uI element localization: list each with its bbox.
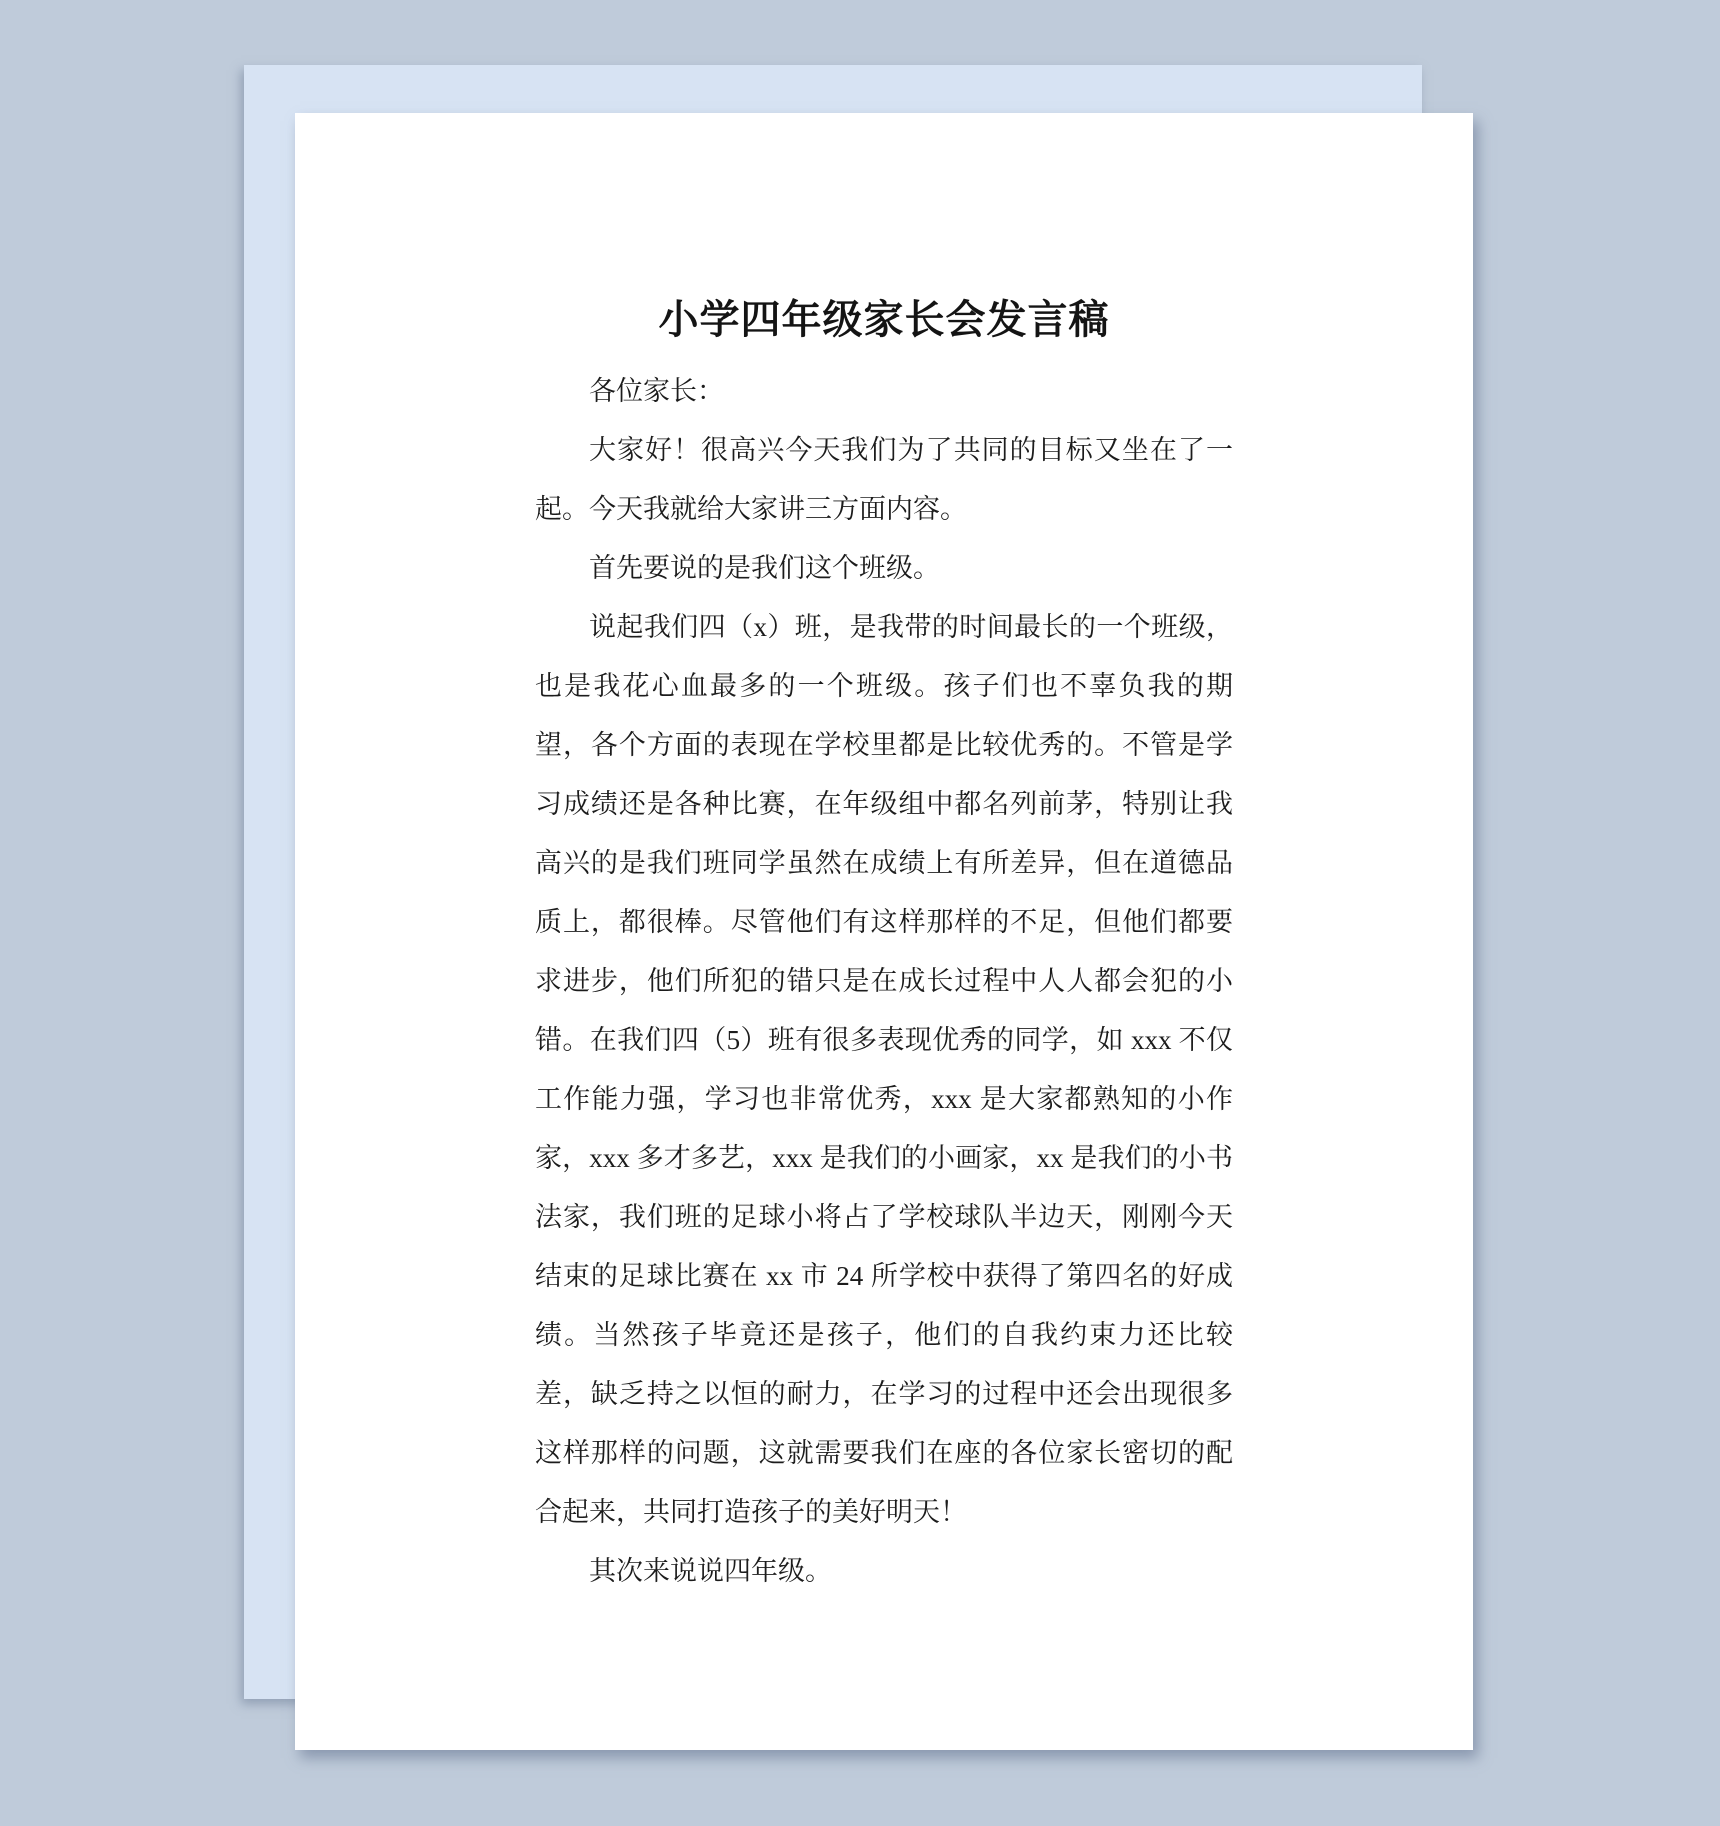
- paragraph-greeting: 大家好！很高兴今天我们为了共同的目标又坐在了一起。今天我就给大家讲三方面内容。: [535, 421, 1233, 539]
- paragraph-class-details: 说起我们四（x）班，是我带的时间最长的一个班级，也是我花心血最多的一个班级。孩子…: [535, 598, 1233, 1542]
- paragraph-next-topic: 其次来说说四年级。: [535, 1542, 1233, 1601]
- document-title: 小学四年级家长会发言稿: [535, 300, 1233, 340]
- paragraph-salutation: 各位家长：: [535, 362, 1233, 421]
- document-body: 各位家长： 大家好！很高兴今天我们为了共同的目标又坐在了一起。今天我就给大家讲三…: [535, 362, 1233, 1601]
- document-page: 小学四年级家长会发言稿 各位家长： 大家好！很高兴今天我们为了共同的目标又坐在了…: [295, 113, 1473, 1750]
- paragraph-intro-class: 首先要说的是我们这个班级。: [535, 539, 1233, 598]
- desktop-background: 小学四年级家长会发言稿 各位家长： 大家好！很高兴今天我们为了共同的目标又坐在了…: [0, 0, 1720, 1826]
